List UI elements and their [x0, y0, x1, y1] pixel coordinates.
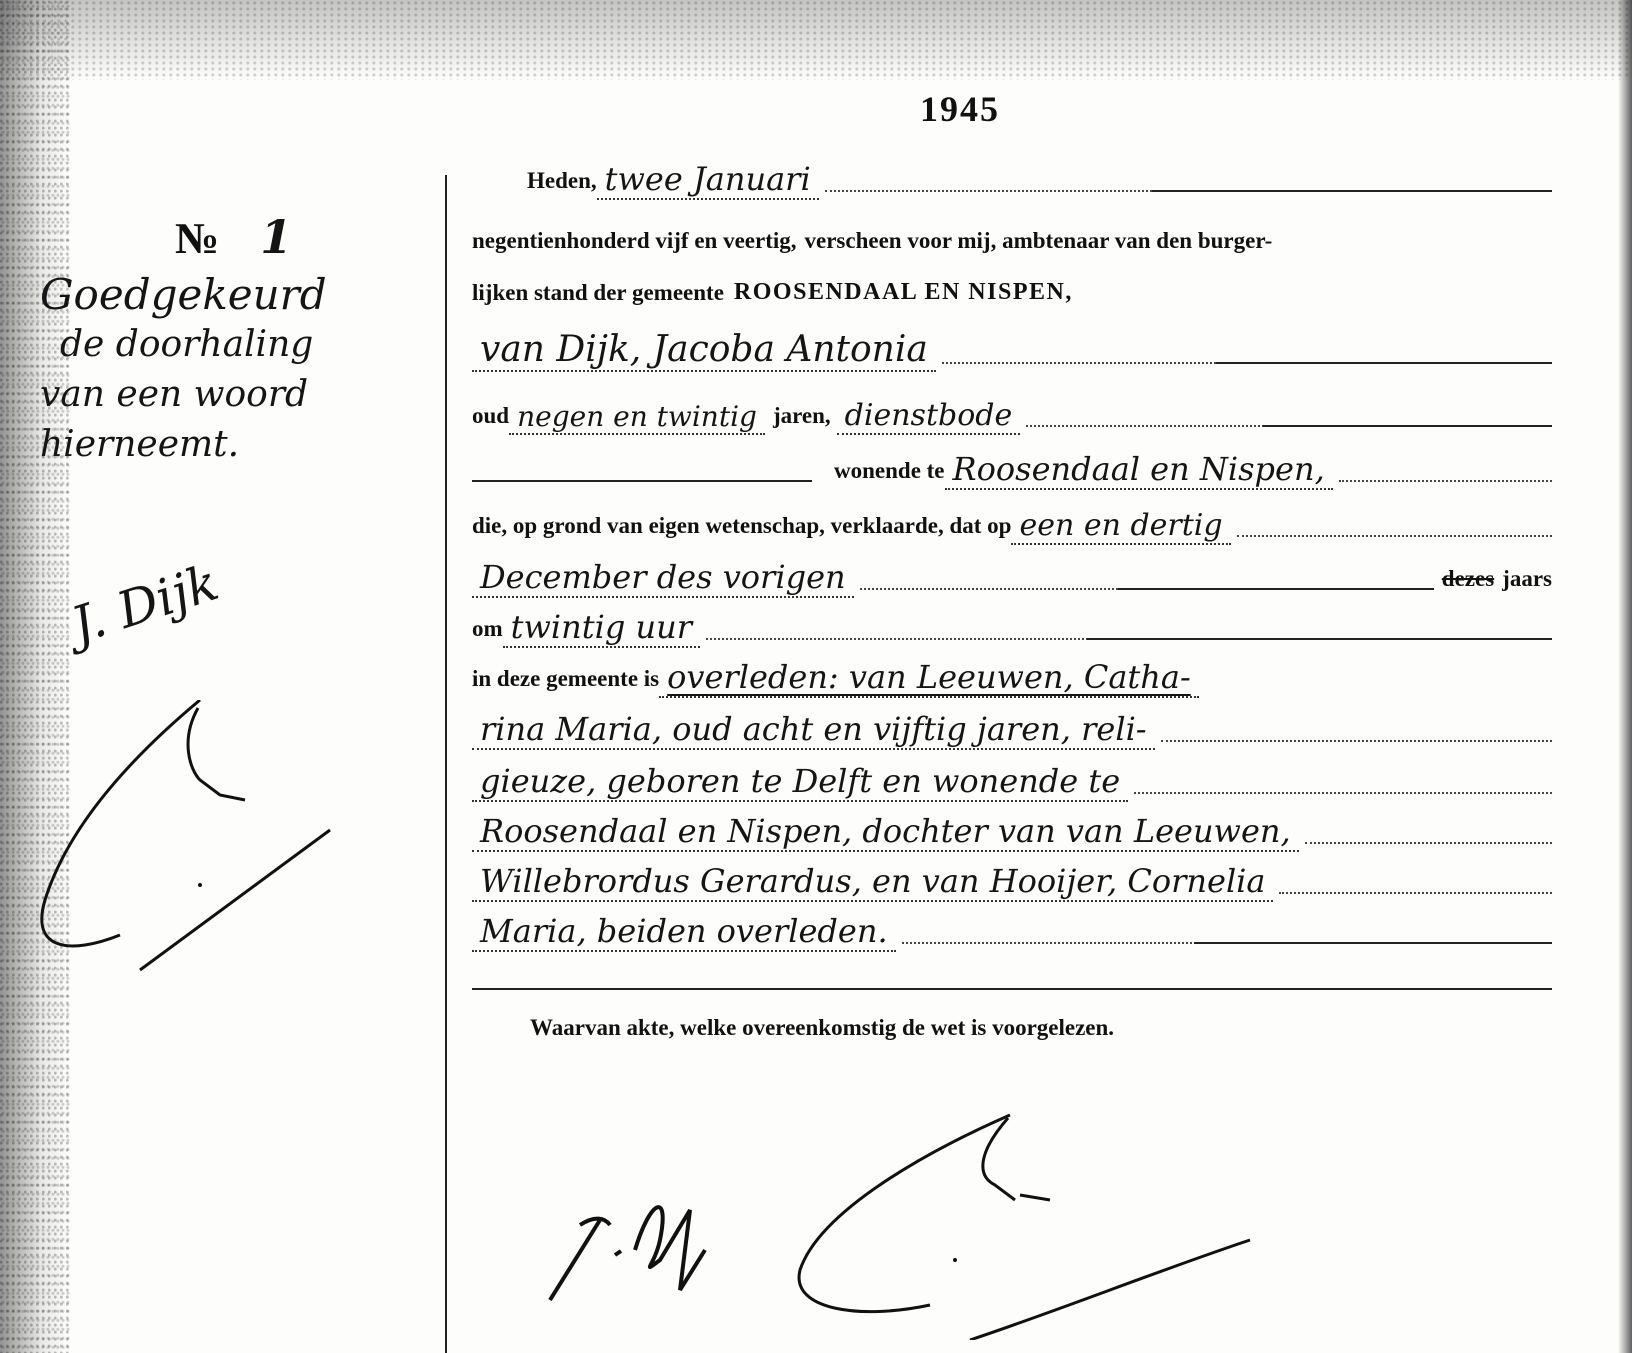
fill-line: [1305, 842, 1552, 844]
line-month: December des vorigen dezes jaars: [472, 548, 1552, 596]
printed-text: wonende te: [834, 458, 945, 488]
printed-text: oud: [472, 403, 509, 433]
handwritten-deceased-age-occupation: rina Maria, oud acht en vijftig jaren, r…: [472, 710, 1155, 750]
handwritten-parents-status: Maria, beiden overleden.: [472, 912, 896, 952]
handwritten-death-time: twintig uur: [503, 608, 700, 648]
handwritten-parents: Willebrordus Gerardus, en van Hooijer, C…: [472, 862, 1273, 902]
scan-edge-right: [1618, 0, 1632, 1353]
handwritten-day-month: twee Januari: [597, 160, 819, 200]
line-handwritten: Roosendaal en Nispen, dochter van van Le…: [472, 802, 1552, 850]
municipality-name: ROOSENDAAL EN NISPEN,: [734, 279, 1073, 310]
printed-text: die, op grond van eigen wetenschap, verk…: [472, 513, 1011, 543]
line-declarant-residence: wonende te Roosendaal en Nispen,: [472, 440, 1552, 488]
handwritten-birthplace: gieuze, geboren te Delft en wonende te: [472, 762, 1128, 802]
printed-text: in deze gemeente is: [472, 666, 659, 696]
line-date: Heden, twee Januari: [472, 150, 1552, 198]
margin-divider: [445, 175, 447, 1353]
fill-line: [860, 588, 1434, 590]
line-year: negentienhonderd vijf en veertig, versch…: [472, 210, 1552, 258]
line-municipality: lijken stand der gemeente ROOSENDAAL EN …: [472, 262, 1552, 310]
margin-note-line: de doorhaling: [40, 320, 400, 370]
margin-annotation: Goedgekeurd de doorhaling van een woord …: [40, 270, 400, 470]
fill-line: [472, 988, 1552, 990]
record-number-value: 1: [260, 210, 292, 264]
line-statement: die, op grond van eigen wetenschap, verk…: [472, 495, 1552, 543]
record-number: № 1: [175, 210, 292, 264]
line-handwritten: gieuze, geboren te Delft en wonende te: [472, 752, 1552, 800]
signature-declarant: [540, 1180, 740, 1310]
fill-line: [825, 190, 1552, 192]
line-declarant-name: van Dijk, Jacoba Antonia: [472, 322, 1552, 370]
printed-year-text: negentienhonderd vijf en veertig,: [472, 228, 797, 258]
closing-statement: Waarvan akte, welke overeenkomstig de we…: [530, 1015, 1114, 1041]
printed-text: jaren,: [773, 403, 831, 433]
printed-text: lijken stand der gemeente: [472, 280, 724, 310]
line-handwritten: Maria, beiden overleden.: [472, 902, 1552, 950]
printed-text: verscheen voor mij, ambtenaar van den bu…: [805, 228, 1273, 258]
handwritten-deceased-name: overleden: van Leeuwen, Catha-: [659, 658, 1199, 698]
fill-line: [1161, 740, 1552, 742]
struck-text: dezes: [1442, 566, 1494, 596]
margin-signature-official: [30, 700, 350, 980]
line-declarant-age: oud negen en twintig jaren, dienstbode: [472, 385, 1552, 433]
line-handwritten: rina Maria, oud acht en vijftig jaren, r…: [472, 700, 1552, 748]
margin-signature-declarant: J. Dijk: [65, 553, 225, 654]
handwritten-death-month: December des vorigen: [472, 558, 854, 598]
fill-line: [1026, 425, 1552, 427]
handwritten-declarant-age: negen en twintig: [509, 400, 765, 435]
number-sign: №: [175, 214, 219, 263]
handwritten-declarant-occupation: dienstbode: [837, 398, 1021, 435]
fill-line: [1339, 480, 1552, 482]
fill-line: [1237, 535, 1552, 537]
line-handwritten: Willebrordus Gerardus, en van Hooijer, C…: [472, 852, 1552, 900]
handwritten-residence-father: Roosendaal en Nispen, dochter van van Le…: [472, 812, 1299, 852]
scan-edge-left: [0, 0, 70, 1353]
margin-note-line: hierneemt.: [40, 420, 400, 470]
printed-text: om: [472, 616, 503, 646]
handwritten-death-day: een en dertig: [1011, 508, 1230, 545]
fill-line: [902, 942, 1552, 944]
line-time: om twintig uur: [472, 598, 1552, 646]
line-blank: [472, 948, 1552, 996]
fill-line: [1134, 792, 1552, 794]
scan-edge-top: [0, 0, 1632, 80]
handwritten-declarant-residence: Roosendaal en Nispen,: [945, 450, 1333, 490]
margin-note-line: Goedgekeurd: [40, 270, 400, 320]
signature-official: [780, 1110, 1260, 1340]
fill-line: [1279, 892, 1552, 894]
line-deceased: in deze gemeente is overleden: van Leeuw…: [472, 648, 1552, 696]
printed-text: Heden,: [527, 168, 597, 198]
fill-line: [472, 480, 812, 482]
fill-line: [942, 362, 1552, 364]
record-year: 1945: [920, 88, 1000, 130]
fill-line: [706, 638, 1552, 640]
printed-text: jaars: [1502, 566, 1552, 596]
handwritten-declarant-name: van Dijk, Jacoba Antonia: [472, 329, 936, 372]
margin-note-line: van een woord: [40, 370, 400, 420]
